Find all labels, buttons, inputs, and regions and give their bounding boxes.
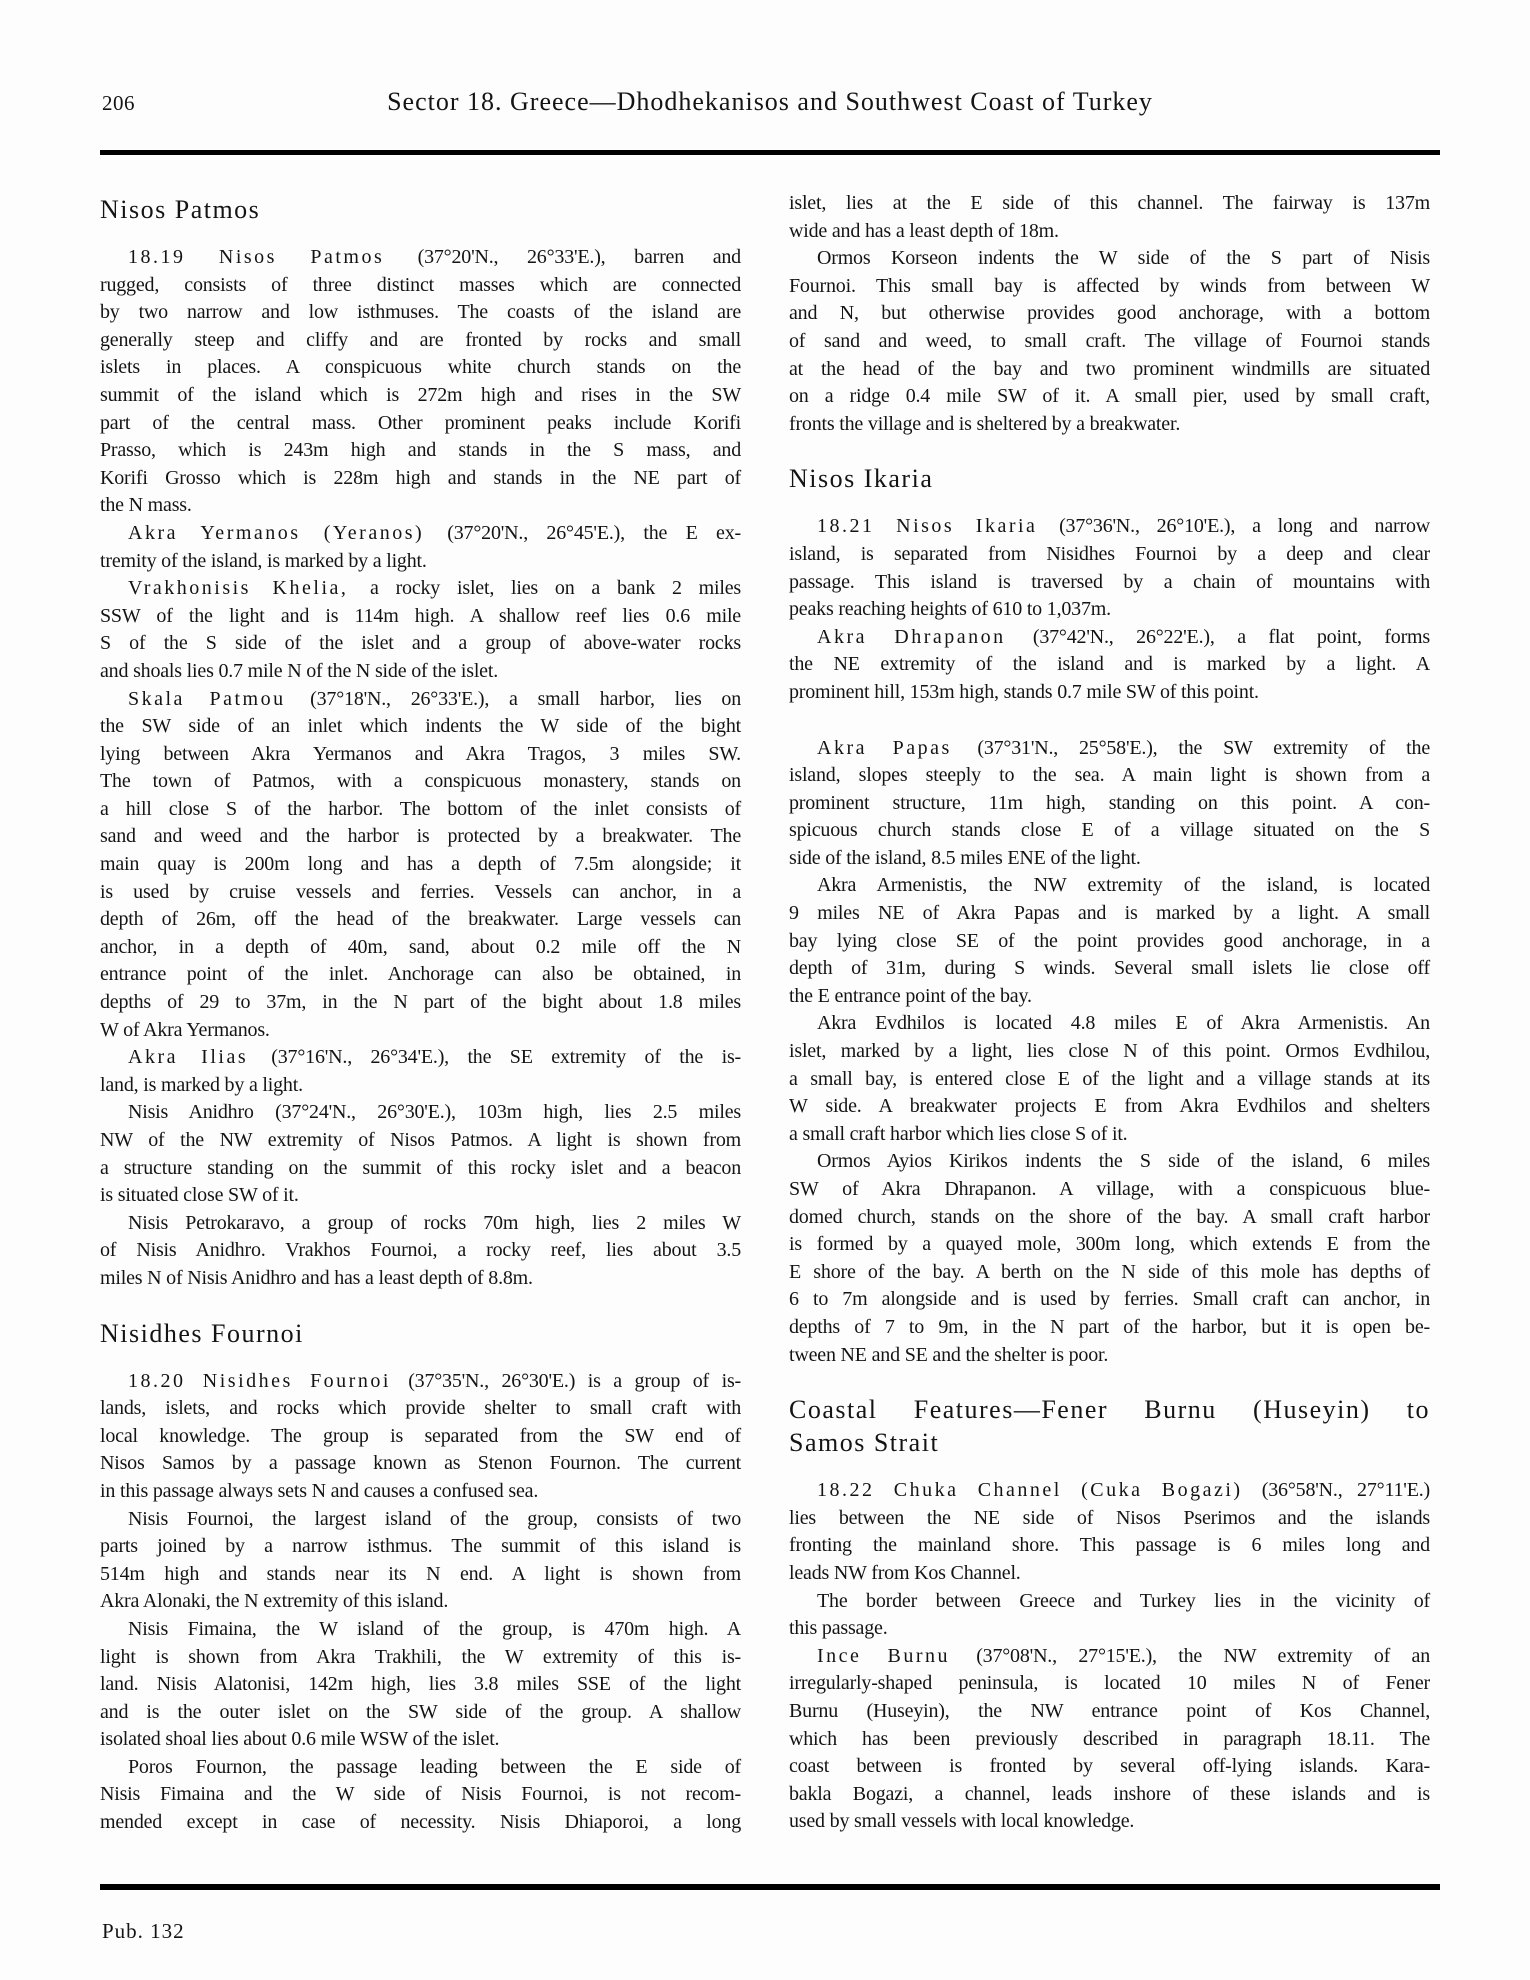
text-line: 514m high and stands near its N end. A l… [100,1561,741,1589]
text-line: generally steep and cliffy and are front… [100,327,741,355]
feature-name: 18.19 Nisos Patmos [128,246,418,268]
text-line: depth of 26m, off the head of the breakw… [100,906,741,934]
paragraph: Ince Burnu (37°08'N., 27°15'E.), the NW … [789,1643,1430,1836]
feature-name: Akra Dhrapanon [817,626,1033,648]
text-line: islet, lies at the E side of this channe… [789,190,1430,218]
text-line: E shore of the bay. A berth on the N sid… [789,1259,1430,1287]
text-run: (37°18'N., 26°33'E.), a small harbor, li… [310,688,741,710]
paragraph: Poros Fournon, the passage leading betwe… [100,1754,741,1837]
text-run: (37°16'N., 26°34'E.), the SE extremity o… [271,1046,741,1068]
text-run: (37°20'N., 26°45'E.), the E ex- [447,522,741,544]
text-run: (37°35'N., 26°30'E.) is a group of is- [408,1370,741,1392]
text-line: and N, but otherwise provides good ancho… [789,300,1430,328]
paragraph: Akra Papas (37°31'N., 25°58'E.), the SW … [789,735,1430,873]
page-title: Sector 18. Greece—Dhodhekanisos and Sout… [100,86,1440,118]
text-line: Akra Alonaki, the N extremity of this is… [100,1588,741,1616]
text-line: island, slopes steeply to the sea. A mai… [789,762,1430,790]
feature-name: 18.20 Nisidhes Fournoi [128,1370,408,1392]
text-line: and is the outer islet on the SW side of… [100,1699,741,1727]
text-line: the SW side of an inlet which indents th… [100,713,741,741]
text-line: Ormos Ayios Kirikos indents the S side o… [789,1148,1430,1176]
text-line: a structure standing on the summit of th… [100,1155,741,1183]
feature-name: Ince Burnu [817,1645,976,1667]
text-line: miles N of Nisis Anidhro and has a least… [100,1265,741,1293]
text-line: Skala Patmou (37°18'N., 26°33'E.), a sma… [100,686,741,714]
text-line: Akra Evdhilos is located 4.8 miles E of … [789,1010,1430,1038]
publication-label: Pub. 132 [102,1918,185,1944]
text-line: depths of 29 to 37m, in the N part of th… [100,989,741,1017]
text-line: side of the island, 8.5 miles ENE of the… [789,845,1430,873]
paragraph: Nisis Anidhro (37°24'N., 26°30'E.), 103m… [100,1099,741,1209]
document-page: 206 Sector 18. Greece—Dhodhekanisos and … [0,0,1530,1980]
text-line: local knowledge. The group is separated … [100,1423,741,1451]
paragraph: Nisis Fimaina, the W island of the group… [100,1616,741,1754]
text-line: lands, islets, and rocks which provide s… [100,1395,741,1423]
text-line: part of the central mass. Other prominen… [100,410,741,438]
text-run: a rocky islet, lies on a bank 2 miles [370,577,741,599]
text-line: is used by cruise vessels and ferries. V… [100,879,741,907]
feature-name: Skala Patmou [128,688,310,710]
footer-rule [100,1884,1440,1890]
text-line: Nisis Fournoi, the largest island of the… [100,1506,741,1534]
text-line: W side. A breakwater projects E from Akr… [789,1093,1430,1121]
text-line: Fournoi. This small bay is affected by w… [789,273,1430,301]
text-line: on a ridge 0.4 mile SW of it. A small pi… [789,383,1430,411]
text-line: domed church, stands on the shore of the… [789,1204,1430,1232]
text-line: 18.19 Nisos Patmos (37°20'N., 26°33'E.),… [100,244,741,272]
text-line: is formed by a quayed mole, 300m long, w… [789,1231,1430,1259]
text-run: (37°36'N., 26°10'E.), a long and narrow [1059,515,1430,537]
section-heading-line: Samos Strait [789,1426,1430,1459]
text-line: the NE extremity of the island and is ma… [789,651,1430,679]
text-line: The border between Greece and Turkey lie… [789,1588,1430,1616]
text-line: Akra Yermanos (Yeranos) (37°20'N., 26°45… [100,520,741,548]
paragraph: 18.22 Chuka Channel (Cuka Bogazi) (36°58… [789,1477,1430,1587]
text-line: isolated shoal lies about 0.6 mile WSW o… [100,1726,741,1754]
text-line: prominent structure, 11m high, standing … [789,790,1430,818]
text-line: islet, marked by a light, lies close N o… [789,1038,1430,1066]
text-line: Vrakhonisis Khelia, a rocky islet, lies … [100,575,741,603]
text-line: tween NE and SE and the shelter is poor. [789,1342,1430,1370]
paragraph: Akra Armenistis, the NW extremity of the… [789,872,1430,1010]
paragraph: Vrakhonisis Khelia, a rocky islet, lies … [100,575,741,685]
paragraph: Akra Evdhilos is located 4.8 miles E of … [789,1010,1430,1148]
text-line: of sand and weed, to small craft. The vi… [789,328,1430,356]
text-line: entrance point of the inlet. Anchorage c… [100,961,741,989]
text-line: bakla Bogazi, a channel, leads inshore o… [789,1781,1430,1809]
right-column: islet, lies at the E side of this channe… [789,190,1430,1836]
text-run: (37°42'N., 26°22'E.), a flat point, form… [1033,626,1430,648]
paragraph: Akra Yermanos (Yeranos) (37°20'N., 26°45… [100,520,741,575]
section-heading-line: Nisos Patmos [100,193,741,226]
text-line: the E entrance point of the bay. [789,983,1430,1011]
text-line: a small craft harbor which lies close S … [789,1121,1430,1149]
text-line: Nisis Fimaina, the W island of the group… [100,1616,741,1644]
paragraph: 18.19 Nisos Patmos (37°20'N., 26°33'E.),… [100,244,741,520]
section-heading-line: Nisos Ikaria [789,462,1430,495]
text-line: in this passage always sets N and causes… [100,1478,741,1506]
text-line: tremity of the island, is marked by a li… [100,548,741,576]
text-line: leads NW from Kos Channel. [789,1560,1430,1588]
feature-name: Vrakhonisis Khelia, [128,577,370,599]
paragraph: 18.20 Nisidhes Fournoi (37°35'N., 26°30'… [100,1368,741,1506]
section-heading-coastal-features: Coastal Features—Fener Burnu (Huseyin) t… [789,1393,1430,1459]
text-line: Akra Ilias (37°16'N., 26°34'E.), the SE … [100,1044,741,1072]
text-run: (37°20'N., 26°33'E.), barren and [418,246,741,268]
text-line: at the head of the bay and two prominent… [789,356,1430,384]
text-line: Nisis Anidhro (37°24'N., 26°30'E.), 103m… [100,1099,741,1127]
text-line: coast between is fronted by several off-… [789,1753,1430,1781]
text-line: Nisos Samos by a passage known as Stenon… [100,1450,741,1478]
text-line: wide and has a least depth of 18m. [789,218,1430,246]
paragraph: Nisis Petrokaravo, a group of rocks 70m … [100,1210,741,1293]
text-line: lies between the NE side of Nisos Pserim… [789,1505,1430,1533]
text-line: Akra Armenistis, the NW extremity of the… [789,872,1430,900]
section-heading-line: Nisidhes Fournoi [100,1317,741,1350]
text-line: island, is separated from Nisidhes Fourn… [789,541,1430,569]
paragraph: The border between Greece and Turkey lie… [789,1588,1430,1643]
text-line: depths of 7 to 9m, in the N part of the … [789,1314,1430,1342]
text-line: a small bay, is entered close E of the l… [789,1066,1430,1094]
feature-name: Akra Yermanos (Yeranos) [128,522,447,544]
text-line: The town of Patmos, with a conspicuous m… [100,768,741,796]
left-column: Nisos Patmos18.19 Nisos Patmos (37°20'N.… [100,190,741,1837]
text-line: summit of the island which is 272m high … [100,382,741,410]
text-line: the N mass. [100,492,741,520]
text-line: sand and weed and the harbor is protecte… [100,823,741,851]
text-line: Nisis Fimaina and the W side of Nisis Fo… [100,1781,741,1809]
text-line: peaks reaching heights of 610 to 1,037m. [789,596,1430,624]
feature-name: 18.22 Chuka Channel (Cuka Bogazi) [817,1479,1262,1501]
text-line: of Nisis Anidhro. Vrakhos Fournoi, a roc… [100,1237,741,1265]
text-line: and shoals lies 0.7 mile N of the N side… [100,658,741,686]
paragraph: Nisis Fournoi, the largest island of the… [100,1506,741,1616]
text-line: NW of the NW extremity of Nisos Patmos. … [100,1127,741,1155]
text-run: (37°31'N., 25°58'E.), the SW extremity o… [977,737,1430,759]
text-line: land. Nisis Alatonisi, 142m high, lies 3… [100,1671,741,1699]
text-line: anchor, in a depth of 40m, sand, about 0… [100,934,741,962]
section-heading-nisos-ikaria: Nisos Ikaria [789,462,1430,495]
feature-name: 18.21 Nisos Ikaria [817,515,1059,537]
text-line: is situated close SW of it. [100,1182,741,1210]
text-line: SSW of the light and is 114m high. A sha… [100,603,741,631]
text-line: irregularly-shaped peninsula, is located… [789,1670,1430,1698]
text-line: prominent hill, 153m high, stands 0.7 mi… [789,679,1430,707]
text-line: Ormos Korseon indents the W side of the … [789,245,1430,273]
text-line: Ince Burnu (37°08'N., 27°15'E.), the NW … [789,1643,1430,1671]
text-run: (37°08'N., 27°15'E.), the NW extremity o… [976,1645,1430,1667]
text-line: light is shown from Akra Trakhili, the W… [100,1644,741,1672]
text-line: main quay is 200m long and has a depth o… [100,851,741,879]
text-line: depth of 31m, during S winds. Several sm… [789,955,1430,983]
section-heading-line: Coastal Features—Fener Burnu (Huseyin) t… [789,1393,1430,1426]
text-line: passage. This island is traversed by a c… [789,569,1430,597]
paragraph: islet, lies at the E side of this channe… [789,190,1430,245]
text-line: Prasso, which is 243m high and stands in… [100,437,741,465]
paragraph: Akra Ilias (37°16'N., 26°34'E.), the SE … [100,1044,741,1099]
text-line: rugged, consists of three distinct masse… [100,272,741,300]
text-line: land, is marked by a light. [100,1072,741,1100]
paragraph: Ormos Ayios Kirikos indents the S side o… [789,1148,1430,1369]
paragraph-spacer [789,707,1430,735]
text-line: W of Akra Yermanos. [100,1017,741,1045]
text-line: Burnu (Huseyin), the NW entrance point o… [789,1698,1430,1726]
text-line: SW of Akra Dhrapanon. A village, with a … [789,1176,1430,1204]
text-line: fronting the mainland shore. This passag… [789,1532,1430,1560]
text-line: Akra Papas (37°31'N., 25°58'E.), the SW … [789,735,1430,763]
section-heading-nisos-patmos: Nisos Patmos [100,193,741,226]
paragraph: Skala Patmou (37°18'N., 26°33'E.), a sma… [100,686,741,1045]
header-rule [100,150,1440,155]
text-line: Nisis Petrokaravo, a group of rocks 70m … [100,1210,741,1238]
text-line: 18.20 Nisidhes Fournoi (37°35'N., 26°30'… [100,1368,741,1396]
text-line: fronts the village and is sheltered by a… [789,411,1430,439]
text-line: used by small vessels with local knowled… [789,1808,1430,1836]
text-line: S of the S side of the islet and a group… [100,630,741,658]
text-line: 9 miles NE of Akra Papas and is marked b… [789,900,1430,928]
text-line: by two narrow and low isthmuses. The coa… [100,299,741,327]
paragraph: Ormos Korseon indents the W side of the … [789,245,1430,438]
feature-name: Akra Papas [817,737,977,759]
text-line: Poros Fournon, the passage leading betwe… [100,1754,741,1782]
section-heading-nisidhes-fournoi: Nisidhes Fournoi [100,1317,741,1350]
text-run: (36°58'N., 27°11'E.) [1262,1479,1430,1501]
text-line: spicuous church stands close E of a vill… [789,817,1430,845]
paragraph: 18.21 Nisos Ikaria (37°36'N., 26°10'E.),… [789,513,1430,623]
feature-name: Akra Ilias [128,1046,271,1068]
text-line: 6 to 7m alongside and is used by ferries… [789,1286,1430,1314]
text-line: Akra Dhrapanon (37°42'N., 26°22'E.), a f… [789,624,1430,652]
text-line: islets in places. A conspicuous white ch… [100,354,741,382]
text-line: which has been previously described in p… [789,1726,1430,1754]
paragraph: Akra Dhrapanon (37°42'N., 26°22'E.), a f… [789,624,1430,707]
text-line: 18.22 Chuka Channel (Cuka Bogazi) (36°58… [789,1477,1430,1505]
text-line: lying between Akra Yermanos and Akra Tra… [100,741,741,769]
text-line: bay lying close SE of the point provides… [789,928,1430,956]
text-line: a hill close S of the harbor. The bottom… [100,796,741,824]
text-line: 18.21 Nisos Ikaria (37°36'N., 26°10'E.),… [789,513,1430,541]
text-line: Korifi Grosso which is 228m high and sta… [100,465,741,493]
text-line: mended except in case of necessity. Nisi… [100,1809,741,1837]
text-line: parts joined by a narrow isthmus. The su… [100,1533,741,1561]
text-line: this passage. [789,1615,1430,1643]
